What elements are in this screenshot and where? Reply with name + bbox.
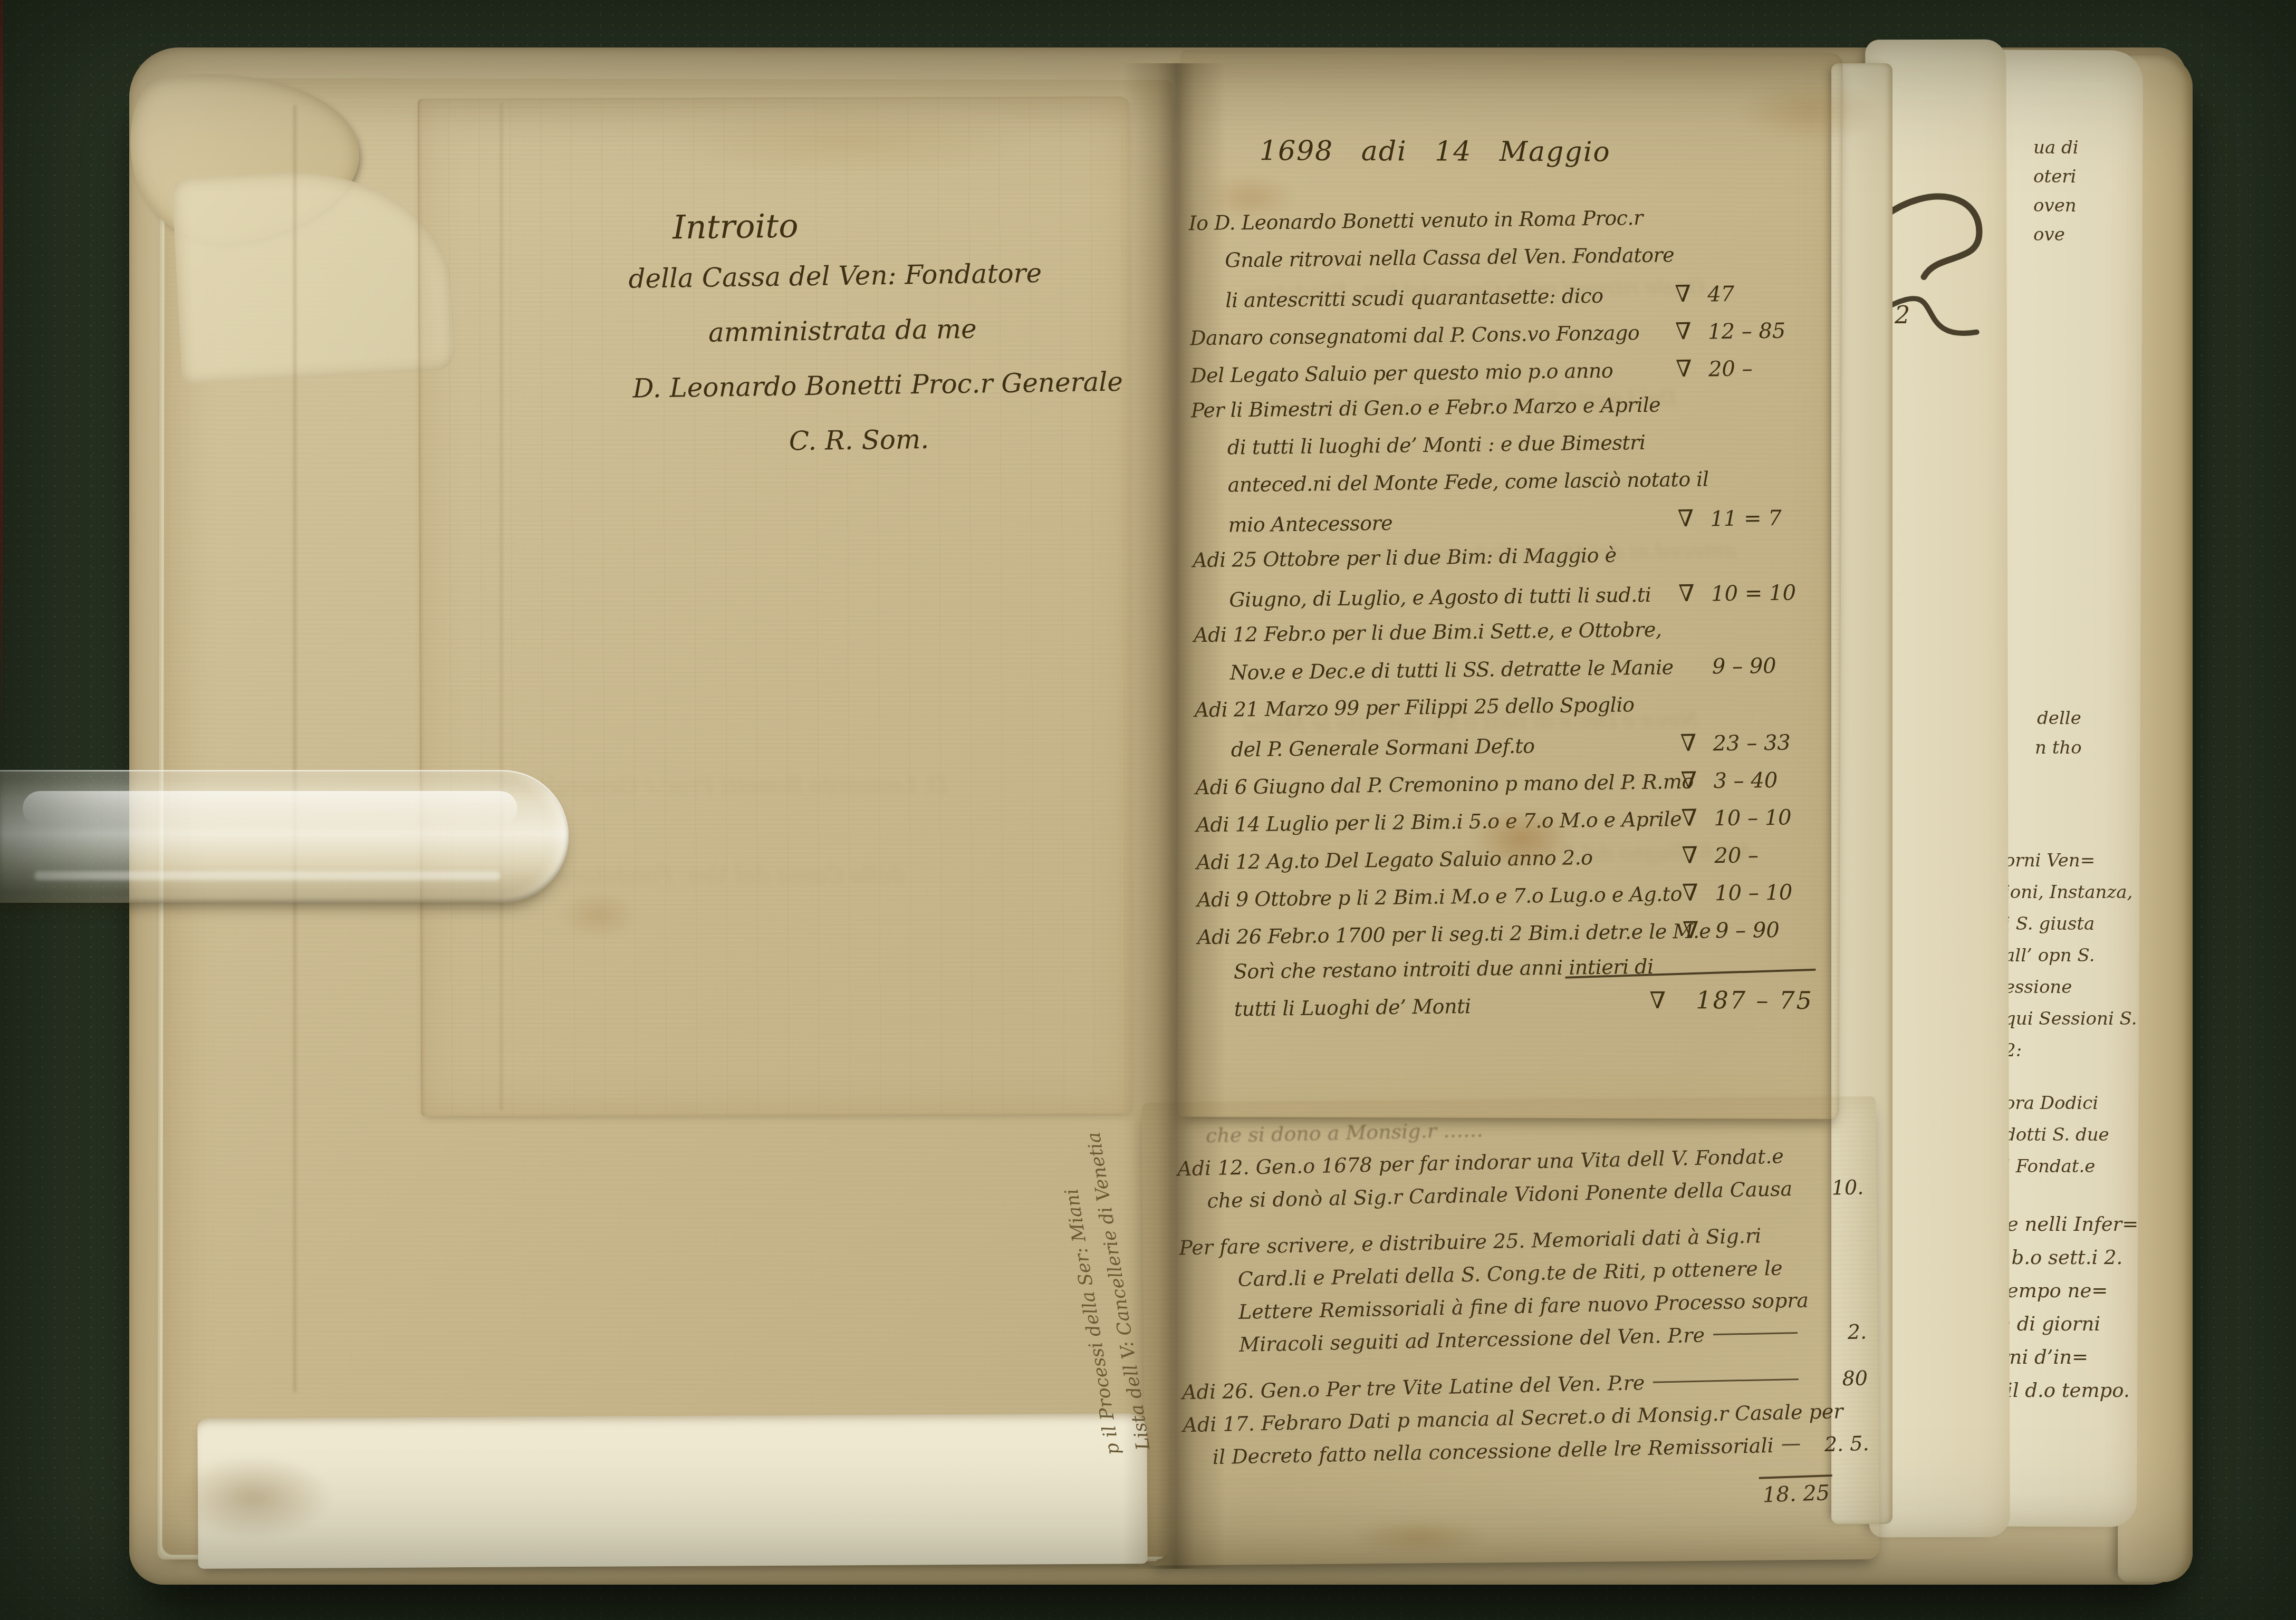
paper-fragment-text: e di giorni — [1999, 1313, 2138, 1346]
paper-fragment-text: n tho — [2035, 737, 2082, 758]
scudi-symbol-icon: ∇ — [1680, 767, 1714, 794]
ledger-line-text: Del Legato Saluio per questo mio p.o ann… — [1190, 358, 1676, 387]
paper-fragment-text: oteri — [2033, 166, 2079, 195]
ledger-line-text: Adi 9 Ottobre p li 2 Bim.i M.o e 7.o Lug… — [1197, 882, 1682, 911]
ledger-date-header: 1698 adi 14 Maggio — [1260, 135, 1611, 168]
scudi-symbol-icon: ∇ — [1681, 804, 1714, 832]
expense-amount: 10. — [1803, 1175, 1864, 1200]
grand-total: ∇ 187 – 75 — [1649, 986, 1813, 1015]
ledger-line-text: Nov.e e Dec.e di tutti li SS. detratte l… — [1194, 655, 1679, 684]
ledger-line-text: del P. Generale Sormani Def.to — [1195, 732, 1680, 761]
expense-total: 18. 25 — [1759, 1474, 1833, 1508]
ledger-amount-cell: ∇10 – 10 — [1682, 878, 1833, 907]
page-crease — [293, 105, 296, 1392]
grand-total-amount: 187 – 75 — [1696, 986, 1813, 1015]
ledger-amount-cell — [1679, 634, 1829, 636]
ledger-line-text: Giugno, di Luglio, e Agosto di tutti li … — [1193, 583, 1678, 612]
ledger-amount: 3 – 40 — [1713, 768, 1778, 793]
ledger-amount-cell: ∇11 = 7 — [1677, 504, 1828, 532]
ledger-rows: Io D. Leonardo Bonetti venuto in Roma Pr… — [1188, 204, 1834, 1036]
ledger-amount: 47 — [1707, 282, 1734, 307]
ledger-amount: 12 – 85 — [1708, 319, 1786, 344]
ledger-amount: 10 = 10 — [1711, 581, 1796, 606]
dash-rule — [1782, 1444, 1800, 1446]
bottom-page-flap — [197, 1413, 1147, 1568]
scudi-symbol-icon: ∇ — [1676, 355, 1709, 382]
ledger-amount-cell — [1674, 260, 1824, 262]
paper-fragment-text: oven — [2033, 195, 2079, 224]
ledger-amount-cell: ∇20 – — [1676, 354, 1827, 382]
paper-fragment-text: te nelli Infer= — [1999, 1213, 2138, 1246]
ledger-line-text: Io D. Leonardo Bonetti venuto in Roma Pr… — [1188, 206, 1674, 235]
scudi-symbol-icon: ∇ — [1680, 729, 1713, 757]
ledger-line-text: Adi 6 Giugno dal P. Cremonino p mano del… — [1195, 770, 1680, 799]
paper-fragment-text: ora Dodici — [2004, 1093, 2137, 1124]
title-page-sheet: Introitodella Cassa del Ven: Fondatoream… — [418, 97, 1133, 1117]
ledger-line-text: Adi 26 Febr.o 1700 per li seg.ti 2 Bim.i… — [1197, 920, 1683, 949]
expense-amount: 2. — [1806, 1320, 1867, 1344]
ledger-amount: 9 – 90 — [1715, 918, 1780, 943]
expense-note-sheet: che si dono a Monsig.r ……Adi 12. Gen.o 1… — [1141, 1096, 1880, 1566]
ledger-amount: 23 – 33 — [1713, 731, 1791, 756]
expense-amount: 80 — [1807, 1366, 1868, 1391]
paper-fragment-text: dotti S. due — [2004, 1124, 2137, 1156]
ledger-page: 1698 adi 14 Maggio Io D. Leonardo Bonett… — [1177, 51, 1842, 1119]
scudi-symbol-icon: ∇ — [1678, 580, 1712, 607]
scudi-symbol-icon — [1674, 224, 1707, 224]
fragment-column-middle: orni Ven=ioni, Instanza,i S. giustaall’ … — [2004, 850, 2137, 1188]
ledger-amount: 10 – 10 — [1715, 881, 1793, 906]
ledger-line-text: mio Antecessore — [1192, 508, 1677, 537]
expense-line-text: Adi 26. Gen.o Per tre Vite Latine del Ve… — [1182, 1371, 1645, 1404]
paper-fragment-text: 2 — [1895, 301, 1910, 329]
scudi-symbol-icon — [1679, 673, 1712, 674]
expense-total-value: 18. 25 — [1762, 1481, 1830, 1507]
ledger-amount-cell — [1677, 447, 1827, 449]
paper-fragment-text: orni Ven= — [2004, 850, 2137, 882]
ledger-amount-cell: ∇10 = 10 — [1678, 578, 1829, 607]
ledger-amount-cell: ∇9 – 90 — [1683, 915, 1833, 944]
scudi-symbol-icon — [1674, 261, 1707, 262]
scudi-symbol-icon: ∇ — [1682, 879, 1715, 907]
scudi-symbol-icon — [1679, 635, 1712, 636]
paper-fragment-text: qui Sessioni S. — [2004, 1008, 2137, 1040]
fragment-column-top: ua dioteriovenove — [2033, 137, 2079, 253]
paper-fragment-text: ove — [2033, 224, 2079, 253]
ledger-amount-cell: 9 – 90 — [1679, 653, 1830, 679]
ledger-amount-cell: ∇23 – 33 — [1680, 728, 1831, 757]
title-block: Introitodella Cassa del Ven: Fondatoream… — [628, 202, 1117, 483]
ledger-amount-cell — [1674, 223, 1824, 224]
title-line: amministrata da me — [708, 312, 1115, 372]
expense-amount: 2. 5. — [1808, 1432, 1869, 1456]
paper-fragment-text: 2: — [2004, 1040, 2137, 1072]
ledger-amount: 11 = 7 — [1710, 506, 1782, 532]
expense-rows: che si dono a Monsig.r ……Adi 12. Gen.o 1… — [1177, 1110, 1870, 1479]
scudi-symbol-icon — [1676, 411, 1709, 411]
bleed-through-text: della Cassa del Ven: Fondatore — [558, 862, 905, 889]
scudi-symbol-icon: ∇ — [1677, 505, 1711, 532]
title-line: Introito — [673, 202, 1113, 263]
paper-fragment-text: all’ opn S. — [2004, 945, 2137, 977]
paper-fragment-text: i S. giusta — [2004, 913, 2137, 945]
paper-fragment-text: l b.o sett.i 2. — [1999, 1246, 2138, 1279]
ledger-amount-cell — [1676, 410, 1827, 411]
book-gutter-shadow — [1122, 63, 1226, 1569]
glass-weight-bar — [0, 770, 569, 903]
dash-rule — [1713, 1332, 1798, 1335]
paper-fragment-text: tempo ne= — [1999, 1279, 2138, 1313]
scudi-symbol-icon: ∇ — [1649, 987, 1682, 1014]
paper-fragment-text: delle — [2037, 708, 2081, 729]
ledger-amount: 10 – 10 — [1714, 806, 1792, 831]
fragment-column-bottom: te nelli Infer=l b.o sett.i 2.tempo ne=e… — [1999, 1213, 2138, 1412]
scudi-symbol-icon — [1677, 448, 1709, 449]
paper-fragment-text: essione — [2004, 977, 2137, 1008]
paper-fragment-text: ua di — [2033, 137, 2079, 166]
paper-fragment-text: l Fondat.e — [2004, 1156, 2137, 1188]
ledger-amount: 9 – 90 — [1712, 654, 1776, 679]
paper-fragment-text: ioni, Instanza, — [2004, 882, 2137, 913]
ledger-line-text: Adi 14 Luglio per li 2 Bim.i 5.o e 7.o M… — [1196, 807, 1681, 836]
title-line: della Cassa del Ven: Fondatore — [628, 257, 1114, 319]
ledger-amount: 20 – — [1708, 356, 1753, 381]
bleed-through-text: D. Leonardo Bonetti Proc.r Generale de’ — [494, 772, 947, 799]
dash-rule — [1653, 1378, 1799, 1383]
ledger-amount-cell: ∇12 – 85 — [1675, 316, 1826, 345]
manuscript-scan-scene: ua dioteriovenove delle n tho orni Ven=i… — [0, 0, 2296, 1620]
expense-line-text: Per fare scrivere, e distribuire 25. Mem… — [1179, 1224, 1762, 1259]
ledger-amount-cell: ∇3 – 40 — [1680, 766, 1831, 794]
title-line: C. R. Som. — [789, 421, 1116, 481]
title-line: D. Leonardo Bonetti Proc.r Generale de’ — [632, 367, 1116, 428]
scudi-symbol-icon: ∇ — [1683, 917, 1716, 944]
ledger-line-text: Danaro consegnatomi dal P. Cons.vo Fonza… — [1190, 321, 1675, 350]
ink-flourish — [1874, 174, 2001, 396]
ledger-amount-cell — [1680, 709, 1830, 711]
scudi-symbol-icon: ∇ — [1675, 317, 1708, 345]
ledger-amount-cell: ∇10 – 10 — [1681, 803, 1832, 832]
scan-edge-artifact — [0, 0, 3, 738]
